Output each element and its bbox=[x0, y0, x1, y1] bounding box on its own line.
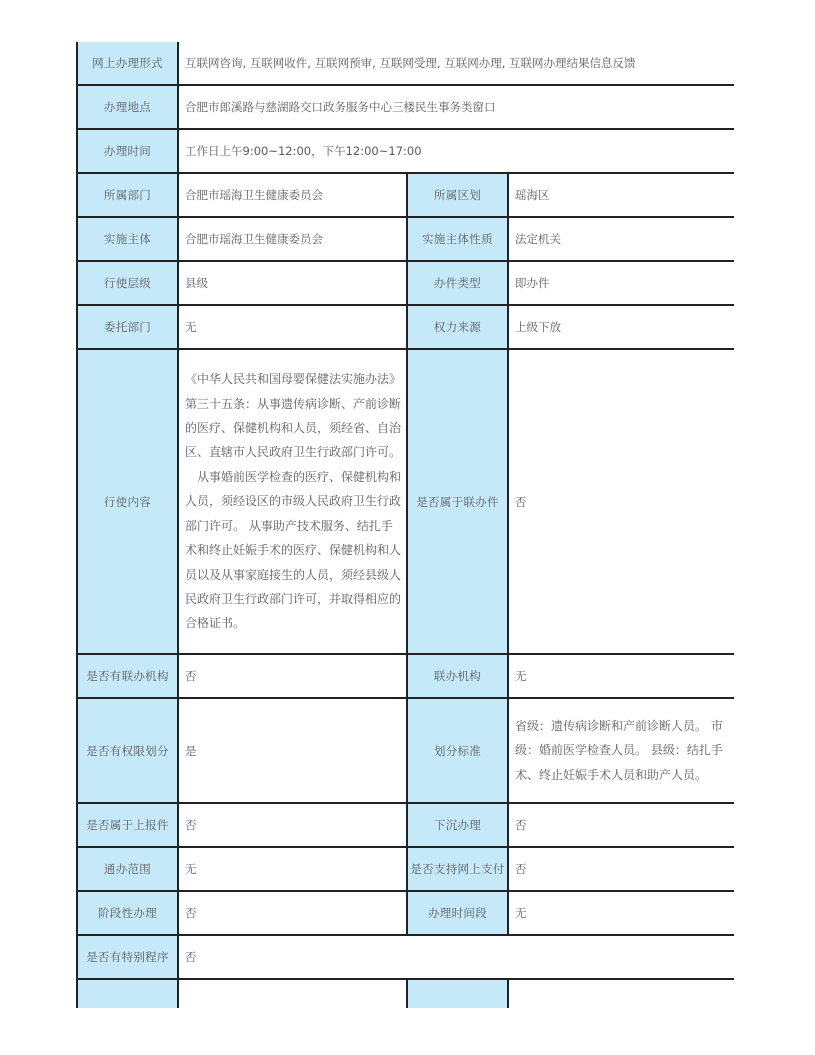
division-standard-text: 省级：遗传病诊断和产前诊断人员。 市级：婚前医学检查人员。 县级：结扎手术、终止… bbox=[508, 698, 734, 803]
label-cell: 是否属于上报件 bbox=[77, 803, 178, 847]
table-row-online-form: 网上办理形式 互联网咨询, 互联网收件, 互联网预审, 互联网受理, 互联网办理… bbox=[77, 42, 734, 85]
table-row-location: 办理地点 合肥市郎溪路与慈湖路交口政务服务中心三楼民生事务类窗口 bbox=[77, 85, 734, 129]
table-row: 实施主体 合肥市瑶海卫生健康委员会 实施主体性质 法定机关 bbox=[77, 217, 734, 261]
table-row-truncated bbox=[77, 979, 734, 1008]
document-page: 网上办理形式 互联网咨询, 互联网收件, 互联网预审, 互联网受理, 互联网办理… bbox=[76, 0, 734, 1008]
value-cell: 即办件 bbox=[508, 261, 734, 305]
label-cell: 是否支持网上支付 bbox=[407, 847, 508, 891]
value-cell: 瑶海区 bbox=[508, 173, 734, 217]
exercise-content-text: 《中华人民共和国母婴保健法实施办法》第三十五条：从事遗传病诊断、产前诊断的医疗、… bbox=[178, 349, 407, 654]
value-cell: 无 bbox=[508, 654, 734, 698]
label-cell: 实施主体性质 bbox=[407, 217, 508, 261]
table-row-hours: 办理时间 工作日上午9:00~12:00，下午12:00~17:00 bbox=[77, 129, 734, 173]
label-cell: 是否有特别程序 bbox=[77, 935, 178, 979]
value-cell: 工作日上午9:00~12:00，下午12:00~17:00 bbox=[178, 129, 734, 173]
label-cell: 通办范围 bbox=[77, 847, 178, 891]
value-cell: 否 bbox=[178, 891, 407, 935]
label-cell: 办件类型 bbox=[407, 261, 508, 305]
value-cell bbox=[178, 979, 407, 1008]
label-cell: 办理时间段 bbox=[407, 891, 508, 935]
table-row: 行使层级 县级 办件类型 即办件 bbox=[77, 261, 734, 305]
table-row: 通办范围 无 是否支持网上支付 否 bbox=[77, 847, 734, 891]
label-cell: 网上办理形式 bbox=[77, 42, 178, 85]
label-cell: 委托部门 bbox=[77, 305, 178, 349]
value-cell: 否 bbox=[508, 349, 734, 654]
table-row: 委托部门 无 权力来源 上级下放 bbox=[77, 305, 734, 349]
label-cell bbox=[77, 979, 178, 1008]
value-cell: 无 bbox=[508, 891, 734, 935]
label-cell: 阶段性办理 bbox=[77, 891, 178, 935]
label-cell: 联办机构 bbox=[407, 654, 508, 698]
table-row: 是否有联办机构 否 联办机构 无 bbox=[77, 654, 734, 698]
label-cell: 是否属于联办件 bbox=[407, 349, 508, 654]
table-row: 所属部门 合肥市瑶海卫生健康委员会 所属区划 瑶海区 bbox=[77, 173, 734, 217]
value-cell: 上级下放 bbox=[508, 305, 734, 349]
value-cell: 否 bbox=[508, 803, 734, 847]
label-cell: 划分标准 bbox=[407, 698, 508, 803]
label-cell: 所属部门 bbox=[77, 173, 178, 217]
value-cell: 否 bbox=[178, 935, 734, 979]
label-cell: 权力来源 bbox=[407, 305, 508, 349]
label-cell: 所属区划 bbox=[407, 173, 508, 217]
value-cell: 县级 bbox=[178, 261, 407, 305]
value-cell: 互联网咨询, 互联网收件, 互联网预审, 互联网受理, 互联网办理, 互联网办理… bbox=[178, 42, 734, 85]
value-cell bbox=[508, 979, 734, 1008]
value-cell: 合肥市郎溪路与慈湖路交口政务服务中心三楼民生事务类窗口 bbox=[178, 85, 734, 129]
label-cell: 是否有权限划分 bbox=[77, 698, 178, 803]
value-cell: 否 bbox=[508, 847, 734, 891]
label-cell: 办理时间 bbox=[77, 129, 178, 173]
table-row-division: 是否有权限划分 是 划分标准 省级：遗传病诊断和产前诊断人员。 市级：婚前医学检… bbox=[77, 698, 734, 803]
value-cell: 无 bbox=[178, 305, 407, 349]
table-row-special-procedure: 是否有特别程序 否 bbox=[77, 935, 734, 979]
service-info-table: 网上办理形式 互联网咨询, 互联网收件, 互联网预审, 互联网受理, 互联网办理… bbox=[76, 42, 734, 1008]
label-cell: 下沉办理 bbox=[407, 803, 508, 847]
value-cell: 否 bbox=[178, 803, 407, 847]
label-cell: 行使层级 bbox=[77, 261, 178, 305]
value-cell: 合肥市瑶海卫生健康委员会 bbox=[178, 173, 407, 217]
value-cell: 是 bbox=[178, 698, 407, 803]
label-cell bbox=[407, 979, 508, 1008]
value-cell: 法定机关 bbox=[508, 217, 734, 261]
table-row: 是否属于上报件 否 下沉办理 否 bbox=[77, 803, 734, 847]
value-cell: 合肥市瑶海卫生健康委员会 bbox=[178, 217, 407, 261]
label-cell: 是否有联办机构 bbox=[77, 654, 178, 698]
label-cell: 行使内容 bbox=[77, 349, 178, 654]
value-cell: 无 bbox=[178, 847, 407, 891]
value-cell: 否 bbox=[178, 654, 407, 698]
table-row-exercise-content: 行使内容 《中华人民共和国母婴保健法实施办法》第三十五条：从事遗传病诊断、产前诊… bbox=[77, 349, 734, 654]
label-cell: 实施主体 bbox=[77, 217, 178, 261]
table-row: 阶段性办理 否 办理时间段 无 bbox=[77, 891, 734, 935]
label-cell: 办理地点 bbox=[77, 85, 178, 129]
